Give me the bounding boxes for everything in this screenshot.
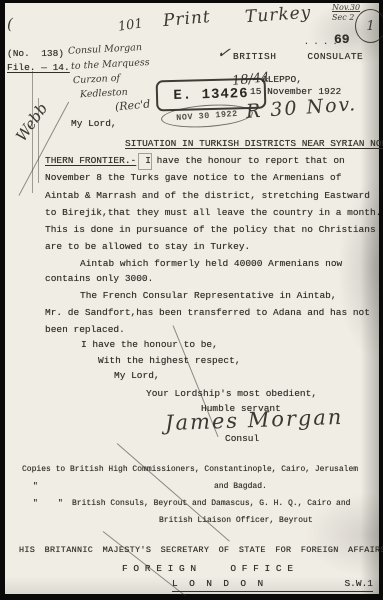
consulate-header: BRITISH CONSULATE bbox=[233, 52, 363, 62]
print-note: Print bbox=[162, 9, 211, 30]
distribution-line-3: British Consuls, Beyrout and Damascus, G… bbox=[72, 500, 350, 509]
subject-line-2: THERN FRONTIER.-I have the honour to rep… bbox=[45, 156, 345, 166]
received-date-value: NOV 30 1922 bbox=[176, 109, 238, 123]
subject-line-1: SITUATION IN TURKISH DISTRICTS NEAR SYRI… bbox=[125, 139, 383, 149]
body-line: The French Consular Representative in Ai… bbox=[80, 291, 337, 301]
registry-stamp-number: E. 13426 bbox=[173, 86, 249, 104]
circled-number-stamp: 1 bbox=[355, 9, 383, 43]
sender-note-line: Consul Morgan bbox=[68, 43, 142, 56]
received-abbrev-note: (Rec'd bbox=[115, 98, 151, 112]
sender-note-line: to the Marquess bbox=[71, 58, 150, 72]
body-line: Aintab & Marrash and of the district, st… bbox=[45, 191, 370, 201]
circled-number-value: 1 bbox=[366, 20, 374, 33]
consul-signature: James Morgan bbox=[165, 407, 344, 434]
body-line: November 8 the Turks gave notice to the … bbox=[45, 173, 341, 183]
paper-background: ( 101 Print Turkey Nov.30 Sec 2 1 . . . … bbox=[5, 3, 379, 594]
doc-number: (No. 138) bbox=[7, 49, 64, 59]
check-mark: ✓ bbox=[216, 44, 232, 62]
page-number: 69 bbox=[334, 33, 350, 47]
country-note: Turkey bbox=[244, 5, 311, 27]
footer-city: L O N D O N bbox=[172, 579, 263, 589]
subject-line-2-underlined: THERN FRONTIER.- bbox=[45, 155, 136, 166]
ref-number-note: 101 bbox=[117, 17, 143, 33]
signer-title: Consul bbox=[225, 434, 259, 444]
body-line: Aintab which formerly held 40000 Armenia… bbox=[80, 259, 342, 269]
distribution-line-1: Copies to British High Commissioners, Co… bbox=[22, 466, 358, 475]
scanned-letter-page: ( 101 Print Turkey Nov.30 Sec 2 1 . . . … bbox=[0, 0, 383, 600]
stray-paren-mark: ( bbox=[7, 17, 13, 32]
footer-postal: S.W.1 bbox=[344, 579, 373, 589]
body-line: This is done in pursuance of the policy … bbox=[45, 225, 376, 235]
sender-note-line: Kedleston bbox=[80, 88, 128, 100]
body-line-0: I have the honour to report that on bbox=[145, 155, 345, 166]
ditto-mark: " bbox=[58, 500, 63, 509]
sender-note-line: Curzon of bbox=[73, 74, 120, 86]
margin-pencil-line bbox=[38, 98, 39, 183]
ditto-mark: " bbox=[33, 483, 38, 492]
distribution-line-4: British Liaison Officer, Beyrout bbox=[159, 517, 313, 526]
footer-city-row: L O N D O N S.W.1 bbox=[172, 579, 373, 592]
body-line: contains only 3000. bbox=[45, 274, 153, 284]
body-line: been replaced. bbox=[45, 325, 125, 335]
corner-date-note: Nov.30 bbox=[332, 4, 360, 12]
closing-line: I have the honour to be, bbox=[81, 340, 218, 350]
body-line: are to be allowed to stay in Turkey. bbox=[45, 242, 250, 252]
body-line: to Birejik,that they must all leave the … bbox=[45, 208, 381, 218]
corner-section-note: Sec 2 bbox=[332, 14, 354, 22]
file-reference: File. — 14. bbox=[7, 63, 70, 73]
margin-pencil-line bbox=[32, 71, 33, 193]
salutation: My Lord, bbox=[71, 119, 117, 129]
pencil-stroke bbox=[117, 443, 230, 542]
pencil-bracket-mark bbox=[138, 153, 152, 170]
footer-addressee: HIS BRITANNIC MAJESTY'S SECRETARY OF STA… bbox=[19, 546, 383, 555]
closing-line: Your Lordship's most obedient, bbox=[146, 389, 317, 399]
page-dots: . . . . bbox=[304, 39, 338, 48]
closing-line: With the highest respect, bbox=[98, 356, 241, 366]
received-script-note: R 30 Nov. bbox=[245, 95, 357, 122]
ditto-mark: " bbox=[33, 500, 38, 509]
distribution-line-2: and Bagdad. bbox=[214, 483, 267, 492]
body-line: Mr. de Sandfort,has been transferred to … bbox=[45, 308, 370, 318]
closing-line: My Lord, bbox=[114, 371, 160, 381]
